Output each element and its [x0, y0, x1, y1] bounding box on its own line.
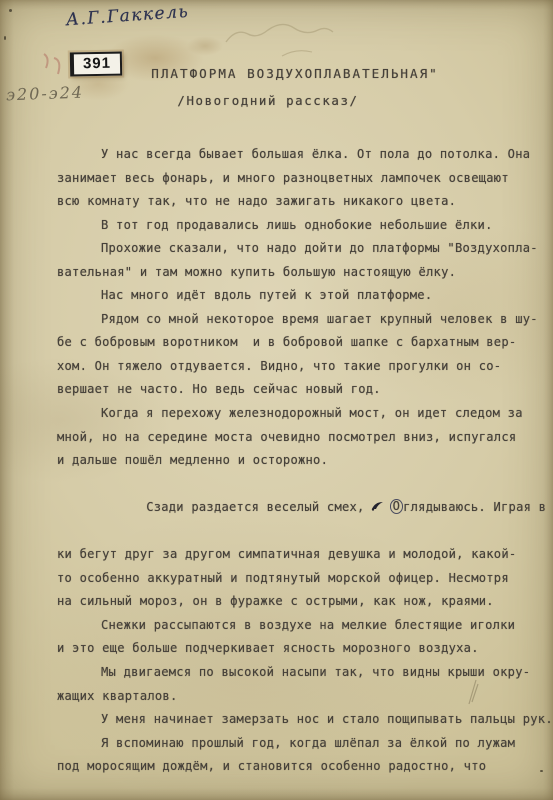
- handwritten-archive-code: э20-э24: [6, 83, 85, 105]
- text-line: занимает весь фонарь, и много разноцветн…: [57, 167, 527, 191]
- scanned-typescript-page: А.Г.Гаккель 391 э20-э24 ПЛАТФОРМА ВОЗДУХ…: [0, 0, 553, 800]
- text-line: всю комнату так, что не надо зажигать ни…: [57, 190, 527, 214]
- text-segment: глядываюсь. Играя в снеж-: [403, 500, 553, 514]
- text-segment: Сзади раздается веселый смех,: [146, 500, 364, 514]
- text-line-with-annotation: Сзади раздается веселый смех,Оглядываюсь…: [57, 473, 527, 544]
- text-line: бе с бобровым воротником и в бобровой ша…: [57, 331, 527, 355]
- paper-speck: [9, 9, 12, 12]
- text-line: мной, но на середине моста очевидно посм…: [57, 426, 527, 450]
- text-line: под моросящим дождём, и становится особе…: [57, 755, 527, 779]
- text-line: В тот год продавались лишь однобокие неб…: [57, 214, 527, 238]
- text-line: и это еще больше подчеркивает ясность мо…: [57, 637, 527, 661]
- text-line: Рядом со мной некоторое время шагает кру…: [57, 308, 527, 332]
- text-line: и дальше пошёл медленно и осторожно.: [57, 449, 527, 473]
- text-line: Я вспоминаю прошлый год, когда шлёпал за…: [57, 732, 527, 756]
- text-line: на сильный мороз, он в фуражке с острыми…: [57, 590, 527, 614]
- text-line: ки бегут друг за другом симпатичная деву…: [57, 543, 527, 567]
- text-line: хом. Он тяжело отдувается. Видно, что та…: [57, 355, 527, 379]
- paper-speck: [4, 36, 6, 40]
- document-subtitle: /Новогодний рассказ/: [103, 93, 433, 108]
- text-line: Когда я перехожу железнодорожный мост, о…: [57, 402, 527, 426]
- text-line: Нас много идёт вдоль путей к этой платфо…: [57, 284, 527, 308]
- typed-body: У нас всегда бывает большая ёлка. От пол…: [57, 143, 527, 779]
- faint-pencil-slash: [464, 678, 480, 708]
- handwritten-ink-mark-icon: [371, 500, 385, 511]
- text-line: Снежки рассыпаются в воздухе на мелкие б…: [57, 614, 527, 638]
- hand-circled-letter: О: [390, 499, 404, 514]
- text-line: Прохожие сказали, что надо дойти до плат…: [57, 237, 527, 261]
- faint-red-pencil-marks: [38, 50, 68, 84]
- handwritten-signature: А.Г.Гаккель: [65, 2, 189, 31]
- text-line: вершает не часто. Но ведь сейчас новый г…: [57, 378, 527, 402]
- text-line: У нас всегда бывает большая ёлка. От пол…: [57, 143, 527, 167]
- text-line: то особенно аккуратный и подтянутый морс…: [57, 567, 527, 591]
- text-line: У меня начинает замерзать нос и стало по…: [57, 708, 527, 732]
- text-line: жащих кварталов.: [57, 685, 527, 709]
- archive-number-label: 391: [70, 52, 122, 77]
- faint-pencil-marks: [222, 12, 337, 64]
- document-title: ПЛАТФОРМА ВОЗДУХОПЛАВАТЕЛЬНАЯ": [130, 66, 460, 81]
- text-line: Мы двигаемся по высокой насыпи так, что …: [57, 661, 527, 685]
- text-line: вательная" и там можно купить большую на…: [57, 261, 527, 285]
- paper-speck: [540, 770, 543, 772]
